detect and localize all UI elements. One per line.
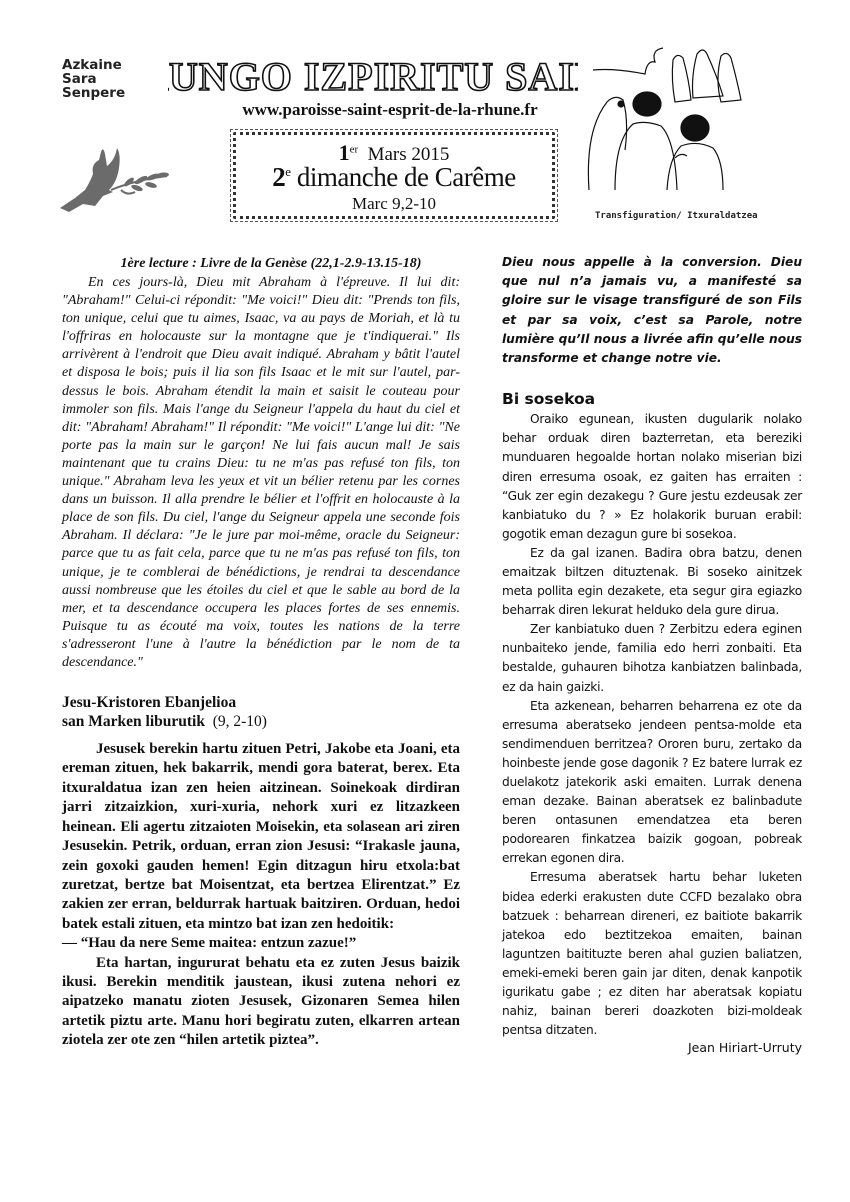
gospel-reference: Marc 9,2-10 [229,194,559,214]
sunday-number: 2 [272,162,285,192]
village-name: Senpere [62,86,125,100]
sunday-suffix: e [285,164,290,179]
right-column: Dieu nous appelle à la conversion. Dieu … [502,253,802,1055]
article-paragraph: Ez da gal izanen. Badira obra batzu, den… [502,544,802,620]
website-link[interactable]: www.paroisse-saint-esprit-de-la-rhune.fr [210,100,570,120]
sunday-line: 2e dimanche de Carême [229,162,559,193]
gospel-quote: — “Hau da nere Seme maitea: entzun zazue… [62,934,460,953]
day-suffix: er [350,144,359,156]
sunday-label: dimanche de Carême [297,162,516,192]
illustration-caption: Transfiguration/ Itxuraldatzea [595,211,758,221]
article-paragraph: Zer kanbiatuko duen ? Zerbitzu edera egi… [502,620,802,696]
parish-title-logo: LARRUNGO IZPIRITU SAINDUA [168,52,578,98]
gospel-heading-line2: san Marken liburutik (9, 2-10) [62,712,460,731]
gospel-text: Jesusek berekin hartu zituen Petri, Jako… [62,740,460,1051]
section-title: Bi sosekoa [502,390,802,408]
article-paragraph: Oraiko egunean, ikusten dugularik nolako… [502,410,802,544]
transfiguration-illustration-icon [585,40,745,200]
date-box: 1er Mars 2015 2e dimanche de Carême Marc… [229,128,559,223]
gospel-heading: Jesu-Kristoren Ebanjelioa san Marken lib… [62,693,460,731]
gospel-chapter-ref: (9, 2-10) [213,713,267,730]
village-name: Sara [62,72,125,86]
article-body: Oraiko egunean, ikusten dugularik nolako… [502,410,802,1040]
first-reading-title: 1ère lecture : Livre de la Genèse (22,1-… [62,256,460,272]
village-name: Azkaine [62,58,125,72]
gospel-heading-line1: Jesu-Kristoren Ebanjelioa [62,693,460,712]
left-column: 1ère lecture : Livre de la Genèse (22,1-… [62,256,460,1051]
dove-icon [55,140,175,220]
gospel-paragraph: Jesusek berekin hartu zituen Petri, Jako… [62,740,460,934]
article-paragraph: Erresuma aberatsek hartu behar luketen b… [502,868,802,1040]
article-paragraph: Eta azkenean, beharren beharrena ez ote … [502,697,802,869]
village-list: Azkaine Sara Senpere [62,58,125,100]
first-reading-text: En ces jours-là, Dieu mit Abraham à l'ép… [62,274,460,672]
author-signature: Jean Hiriart-Urruty [502,1040,802,1055]
parish-title: LARRUNGO IZPIRITU SAINDUA [168,54,578,98]
gospel-paragraph: Eta hartan, ingururat behatu eta ez zute… [62,954,460,1051]
intro-reflection: Dieu nous appelle à la conversion. Dieu … [502,253,802,368]
gospel-book: san Marken liburutik [62,713,205,730]
